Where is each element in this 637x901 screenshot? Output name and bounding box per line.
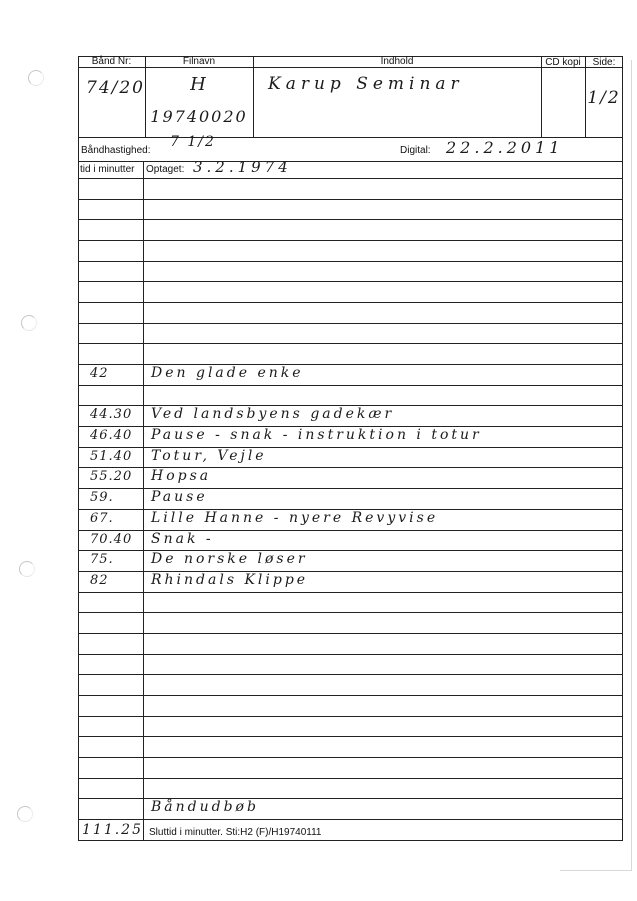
page-edge xyxy=(631,60,632,871)
entry-text: Hopsa xyxy=(151,468,211,484)
entry-time: 55.20 xyxy=(90,469,132,484)
punch-hole xyxy=(19,561,35,577)
side-header: Side: xyxy=(585,57,623,68)
entry-time: 51.40 xyxy=(90,449,132,464)
page-edge-bottom xyxy=(560,870,632,871)
filnavn-header: Filnavn xyxy=(145,56,253,67)
entry-text: Den glade enke xyxy=(151,365,304,381)
row-divider xyxy=(78,736,623,737)
entry-time: 46.40 xyxy=(90,428,132,443)
row-divider xyxy=(78,323,623,324)
row-divider xyxy=(78,654,623,655)
digital-label: Digital: xyxy=(400,145,431,156)
entry-text: Pause xyxy=(151,489,208,505)
row-divider xyxy=(78,592,623,593)
row-divider xyxy=(78,219,623,220)
digital-value: 22.2.2011 xyxy=(446,138,563,157)
bandhastighed-value: 7 1/2 xyxy=(170,134,216,150)
row-divider xyxy=(78,385,623,386)
indhold-value: Karup Seminar xyxy=(268,74,464,94)
row-divider xyxy=(78,674,623,675)
row-divider xyxy=(78,757,623,758)
punch-hole xyxy=(17,806,33,822)
entry-time: 67. xyxy=(90,511,114,526)
entry-time: 75. xyxy=(90,552,114,567)
band-nr-value: 74/20 xyxy=(86,78,145,98)
row-divider xyxy=(78,302,623,303)
punch-hole xyxy=(21,315,37,331)
row-divider xyxy=(78,343,623,344)
cd-kopi-header: CD kopi xyxy=(541,57,585,68)
entry-text: Rhindals Klippe xyxy=(151,572,308,588)
entry-text: Båndudbøb xyxy=(151,799,259,815)
entry-time: 70.40 xyxy=(90,532,132,547)
row-divider xyxy=(78,778,623,779)
footer-label: Sluttid i minutter. Sti:H2 (F)/H19740111 xyxy=(149,827,322,838)
row-divider xyxy=(78,819,623,820)
tid-label: tid i minutter xyxy=(80,164,134,175)
entry-time: 42 xyxy=(90,366,109,381)
row-divider xyxy=(78,716,623,717)
row-divider xyxy=(78,199,623,200)
filnavn-value-line1: H xyxy=(145,74,253,95)
band-nr-header: Bånd Nr: xyxy=(78,56,145,67)
row-divider xyxy=(78,240,623,241)
row-divider xyxy=(78,695,623,696)
side-value: 1/2 xyxy=(585,88,623,108)
end-time-value: 111.25 xyxy=(82,822,143,838)
entry-time: 44.30 xyxy=(90,407,132,422)
entry-text: Pause - snak - instruktion i totur xyxy=(151,427,482,443)
time-column-divider xyxy=(143,162,144,841)
entry-time: 82 xyxy=(90,573,109,588)
filnavn-value-line2: 19740020 xyxy=(145,107,253,126)
column-divider xyxy=(541,56,542,137)
row-divider xyxy=(78,281,623,282)
entry-text: Lille Hanne - nyere Revyvise xyxy=(151,510,438,526)
row-divider xyxy=(78,178,623,179)
row-divider xyxy=(78,261,623,262)
row-divider xyxy=(78,633,623,634)
entry-text: Totur, Vejle xyxy=(151,448,267,464)
indhold-header: Indhold xyxy=(253,56,541,67)
entry-text: De norske løser xyxy=(151,551,308,567)
entry-text: Ved landsbyens gadekær xyxy=(151,406,394,422)
bandhastighed-label: Båndhastighed: xyxy=(81,145,151,156)
column-divider xyxy=(253,56,254,137)
optaget-label: Optaget: xyxy=(146,164,184,175)
row-divider xyxy=(78,612,623,613)
optaget-value: 3.2.1974 xyxy=(193,158,292,176)
punch-hole xyxy=(28,70,44,86)
entry-text: Snak - xyxy=(151,531,214,547)
entry-time: 59. xyxy=(90,490,114,505)
